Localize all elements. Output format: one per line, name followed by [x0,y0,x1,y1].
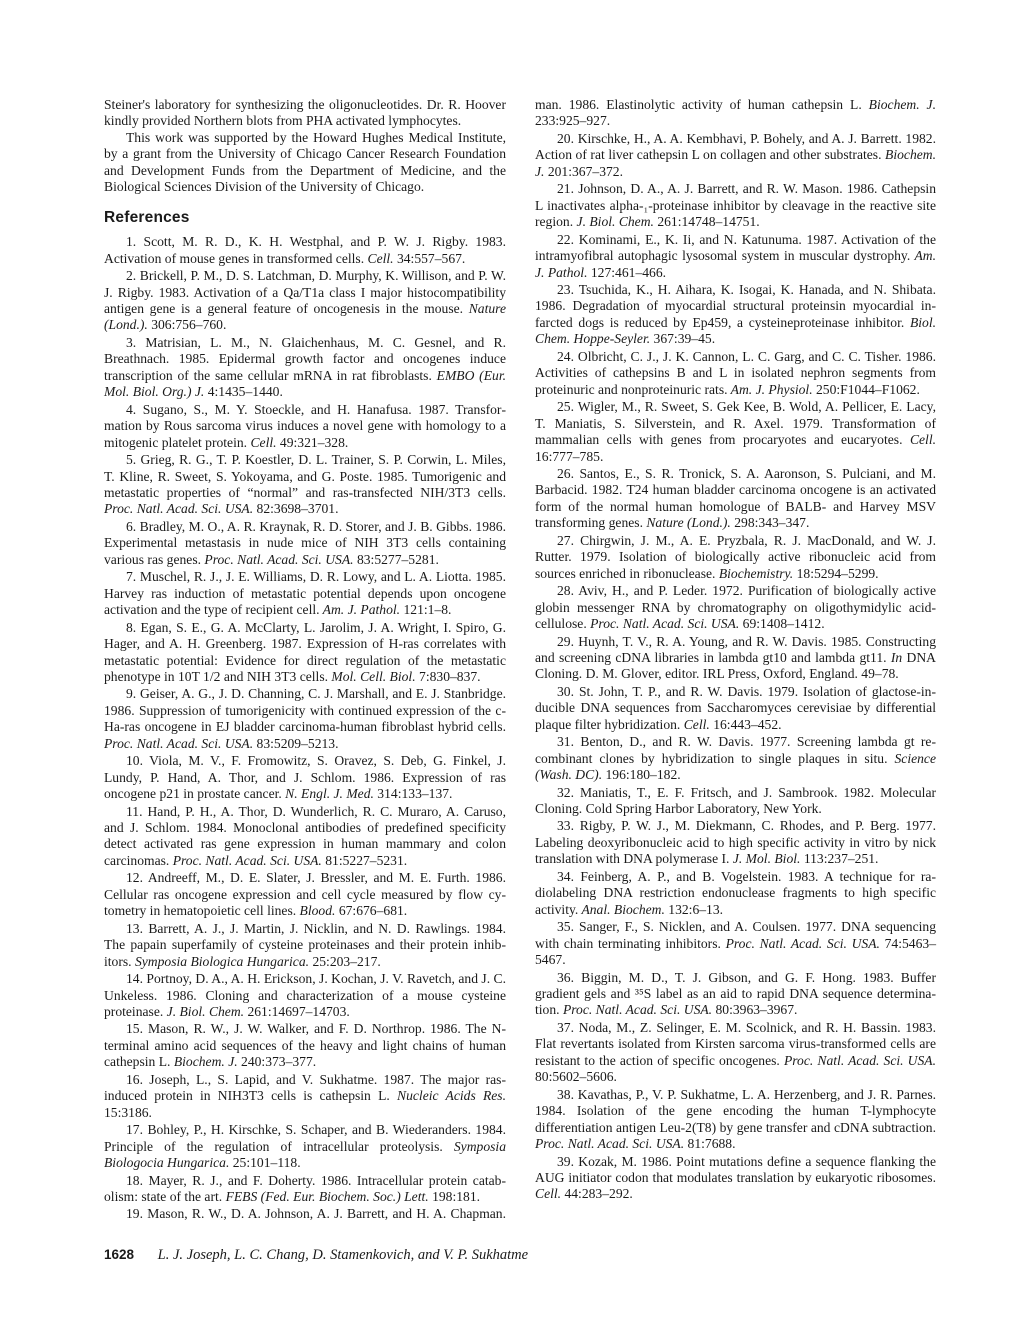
reference-citation: 81:7688. [684,1136,735,1151]
reference-entry: 12. Andreeff, M., D. E. Slater, J. Bress… [104,870,506,919]
reference-entry: 39. Kozak, M. 1986. Point mutations defi… [535,1154,936,1203]
running-authors: L. J. Joseph, L. C. Chang, D. Stamenkovi… [158,1247,528,1263]
reference-journal: Anal. Biochem. [578,902,665,917]
reference-number: 2. [126,268,140,283]
reference-entry: 14. Portnoy, D. A., A. H. Erickson, J. K… [104,971,506,1020]
reference-citation: 127:461–466. [587,265,666,280]
reference-number: 35. [557,919,579,934]
reference-number: 24. [557,349,578,364]
reference-entry: 37. Noda, M., Z. Selinger, E. M. Scolnic… [535,1020,936,1086]
reference-number: 21. [557,181,578,196]
reference-citation: 201:367–372. [544,164,623,179]
reference-journal: Proc. Natl. Acad. Sci. USA. [201,552,354,567]
reference-citation: 16:777–785. [535,449,603,464]
reference-journal: Cell. [902,432,936,447]
reference-citation: 196:180–182. [602,767,681,782]
reference-citation: 198:181. [429,1189,480,1204]
reference-citation: 132:6–13. [665,902,723,917]
reference-entry: 15. Mason, R. W., J. W. Walker, and F. D… [104,1021,506,1070]
reference-entry: 31. Benton, D., and R. W. Davis. 1977. S… [535,734,936,783]
reference-number: 8. [126,620,140,635]
reference-citation: 261:14748–14751. [654,214,760,229]
reference-citation: 15:3186. [104,1105,152,1120]
reference-journal: Proc. Natl. Acad. Sci. USA. [535,1136,684,1151]
reference-text: Huynh, T. V., R. A. Young, and R. W. Dav… [535,634,936,665]
reference-number: 12. [126,870,148,885]
reference-number: 38. [557,1087,578,1102]
page-number: 1628 [104,1247,134,1262]
reference-citation: 83:5277–5281. [354,552,439,567]
reference-journal: Nature (Lond.). [643,515,731,530]
reference-number: 16. [126,1072,149,1087]
reference-journal: Cell. [680,717,709,732]
reference-citation: 7:830–837. [416,669,481,684]
reference-number: 27. [557,533,580,548]
left-column: Steiner's laboratory for synthesizing th… [104,97,506,1224]
reference-citation: 67:676–681. [335,903,407,918]
reference-entry: 6. Bradley, M. O., A. R. Kraynak, R. D. … [104,519,506,568]
page-footer: 1628 L. J. Joseph, L. C. Chang, D. Stame… [104,1247,528,1264]
reference-journal: In [887,650,903,665]
reference-entry: 21. Johnson, D. A., A. J. Barrett, and R… [535,181,936,230]
reference-text: Wigler, M., R. Sweet, S. Gek Kee, B. Wol… [535,399,936,447]
reference-citation: 4:1435–1440. [204,384,283,399]
reference-number: 17. [126,1122,147,1137]
reference-number: 14. [126,971,146,986]
reference-entry: 17. Bohley, P., H. Kirschke, S. Schaper,… [104,1122,506,1171]
reference-number: 26. [557,466,579,481]
reference-number: 23. [557,282,579,297]
reference-entry: 22. Kominami, E., K. Ii, and N. Katunuma… [535,232,936,281]
reference-journal: Proc. Natl. Acad. Sci. USA. [104,736,253,751]
reference-entry: 23. Tsuchida, K., H. Aihara, K. Isogai, … [535,282,936,348]
reference-citation: 25:101–118. [229,1155,300,1170]
reference-journal: J. Biol. Chem. [163,1004,244,1019]
reference-entry: 30. St. John, T. P., and R. W. Davis. 19… [535,684,936,733]
reference-citation: 44:283–292. [561,1186,633,1201]
reference-journal: J. Biol. Chem. [573,214,654,229]
reference-citation: 113:237–251. [800,851,878,866]
reference-citation: 261:14697–14703. [244,1004,350,1019]
reference-number: 20. [557,131,578,146]
reference-entry: 24. Olbricht, C. J., J. K. Cannon, L. C.… [535,349,936,398]
reference-journal: Proc. Natl. Acad. Sci. USA. [560,1002,713,1017]
reference-number: 10. [126,753,149,768]
reference-citation: 82:3698–3701. [253,501,338,516]
reference-journal: Cell. [535,1186,561,1201]
reference-entry: 9. Geiser, A. G., J. D. Channing, C. J. … [104,686,506,752]
reference-entry: 28. Aviv, H., and P. Leder. 1972. Purifi… [535,583,936,632]
reference-entry: 33. Rigby, P. W. J., M. Diekmann, C. Rho… [535,818,936,867]
reference-citation: 69:1408–1412. [739,616,824,631]
reference-journal: Proc. Natl. Acad. Sci. USA. [587,616,740,631]
reference-citation: 250:F1044–F1062. [813,382,920,397]
reference-journal: Am. J. Physiol. [728,382,813,397]
reference-list-right: man. 1986. Elastinolytic activity of hum… [535,97,936,1203]
reference-journal: Symposia Biologica Hungarica. [132,954,309,969]
reference-citation: 18:5294–5299. [793,566,878,581]
reference-entry: 26. Santos, E., S. R. Tronick, S. A. Aar… [535,466,936,532]
reference-journal: Mol. Cell. Biol. [328,669,416,684]
reference-text: Kavathas, P., V. P. Sukhatme, L. A. Herz… [535,1087,936,1135]
reference-text: Brickell, P. M., D. S. Latchman, D. Murp… [104,268,506,316]
reference-number: 3. [126,335,145,350]
reference-text: Benton, D., and R. W. Davis. 1977. Scree… [535,734,936,765]
reference-entry: 34. Feinberg, A. P., and B. Vogelstein. … [535,869,936,918]
reference-number: 32. [557,785,580,800]
reference-entry: 16. Joseph, L., S. Lapid, and V. Sukhatm… [104,1072,506,1121]
reference-number: 15. [126,1021,148,1036]
reference-citation: 16:443–452. [710,717,782,732]
reference-entry: 18. Mayer, R. J., and F. Doherty. 1986. … [104,1173,506,1206]
reference-entry: 29. Huynh, T. V., R. A. Young, and R. W.… [535,634,936,683]
reference-text: Grieg, R. G., T. P. Koestler, D. L. Trai… [104,452,506,500]
reference-citation: 314:133–137. [374,786,453,801]
reference-number: 28. [557,583,578,598]
reference-number: 1. [126,234,144,249]
reference-number: 6. [126,519,140,534]
reference-entry: 10. Viola, M. V., F. Fromowitz, S. Orave… [104,753,506,802]
reference-citation: 80:3963–3967. [712,1002,797,1017]
reference-number: 9. [126,686,140,701]
reference-number: 22. [557,232,579,247]
reference-number: 13. [126,921,148,936]
reference-entry: 7. Muschel, R. J., J. E. Williams, D. R.… [104,569,506,618]
reference-journal: Am. J. Pathol. [320,602,401,617]
reference-entry: 25. Wigler, M., R. Sweet, S. Gek Kee, B.… [535,399,936,465]
reference-entry: 35. Sanger, F., S. Nicklen, and A. Couls… [535,919,936,968]
reference-journal: Proc. Natl. Acad. Sci. USA. [780,1053,936,1068]
reference-entry: 13. Barrett, A. J., J. Martin, J. Nickli… [104,921,506,970]
reference-number: 36. [557,970,581,985]
reference-journal: Proc. Natl. Acad. Sci. USA. [721,936,880,951]
reference-entry: 1. Scott, M. R. D., K. H. Westphal, and … [104,234,506,267]
reference-text: Maniatis, T., E. F. Fritsch, and J. Samb… [535,785,936,816]
reference-entry: 20. Kirschke, H., A. A. Kembhavi, P. Boh… [535,131,936,180]
reference-citation: 121:1–8. [400,602,451,617]
reference-number: 31. [557,734,580,749]
reference-entry: 27. Chirgwin, J. M., A. E. Pryzbala, R. … [535,533,936,582]
reference-text: Mason, R. W., D. A. Johnson, A. J. Barre… [104,1206,506,1222]
reference-entry: 8. Egan, S. E., G. A. McClarty, L. Jarol… [104,620,506,686]
reference-citation: 81:5227–5231. [322,853,407,868]
reference-citation: 34:557–567. [394,251,466,266]
funding-paragraph: This work was supported by the Howard Hu… [104,130,506,196]
reference-citation: 367:39–45. [650,331,715,346]
reference-number: 4. [126,402,143,417]
reference-citation: 80:5602–5606. [535,1069,617,1084]
reference-continuation: man. 1986. Elastinolytic activity of hum… [535,97,936,130]
reference-journal: J. Mol. Biol. [729,851,800,866]
reference-journal: Proc. Natl. Acad. Sci. USA. [104,501,253,516]
reference-number: 33. [557,818,580,833]
acknowledgment-paragraph: Steiner's laboratory for synthesizing th… [104,97,506,130]
reference-entry: 19. Mason, R. W., D. A. Johnson, A. J. B… [104,1206,506,1222]
reference-entry: 3. Matrisian, L. M., N. Glaichenhaus, M.… [104,335,506,401]
reference-citation: 240:373–377. [238,1054,317,1069]
reference-entry: 4. Sugano, S., M. Y. Stoeckle, and H. Ha… [104,402,506,451]
reference-journal: Biochemistry. [715,566,793,581]
reference-number: 37. [557,1020,579,1035]
reference-entry: 11. Hand, P. H., A. Thor, D. Wunderlich,… [104,804,506,870]
reference-journal: Cell. [247,435,276,450]
reference-number: 25. [557,399,578,414]
reference-number: 11. [126,804,147,819]
reference-citation: 25:203–217. [309,954,381,969]
reference-entry: 5. Grieg, R. G., T. P. Koestler, D. L. T… [104,452,506,518]
reference-text: Tsuchida, K., H. Aihara, K. Isogai, K. H… [535,282,936,330]
reference-number: 18. [126,1173,148,1188]
reference-journal: Nucleic Acids Res. [390,1088,506,1103]
reference-number: 7. [126,569,140,584]
reference-citation: 49:321–328. [277,435,349,450]
reference-list-left: 1. Scott, M. R. D., K. H. Westphal, and … [104,234,506,1223]
reference-entry: 2. Brickell, P. M., D. S. Latchman, D. M… [104,268,506,334]
reference-journal: Cell. [364,251,393,266]
reference-number: 30. [557,684,579,699]
reference-number: 19. [126,1206,147,1221]
reference-text: Kozak, M. 1986. Point mutations define a… [535,1154,936,1185]
reference-text: Kirschke, H., A. A. Kembhavi, P. Bohely,… [535,131,936,162]
right-column: man. 1986. Elastinolytic activity of hum… [535,97,936,1204]
reference-entry: 36. Biggin, M. D., T. J. Gibson, and G. … [535,970,936,1019]
reference-number: 29. [557,634,578,649]
reference-journal: N. Engl. J. Med. [282,786,374,801]
reference-entry: 32. Maniatis, T., E. F. Fritsch, and J. … [535,785,936,818]
reference-citation: 306:756–760. [148,317,227,332]
reference-journal: Biochem. J. [170,1054,237,1069]
reference-entry: 38. Kavathas, P., V. P. Sukhatme, L. A. … [535,1087,936,1153]
reference-number: 39. [557,1154,578,1169]
reference-citation: 298:343–347. [731,515,810,530]
reference-citation: 83:5209–5213. [253,736,338,751]
reference-journal: FEBS (Fed. Eur. Biochem. Soc.) Lett. [222,1189,429,1204]
reference-number: 34. [557,869,580,884]
reference-journal: Blood. [296,903,335,918]
references-heading: References [104,210,506,226]
reference-text: Geiser, A. G., J. D. Channing, C. J. Mar… [104,686,506,734]
reference-number: 5. [126,452,140,467]
reference-journal: Proc. Natl. Acad. Sci. USA. [169,853,322,868]
reference-text: Kominami, E., K. Ii, and N. Katunuma. 19… [535,232,936,263]
